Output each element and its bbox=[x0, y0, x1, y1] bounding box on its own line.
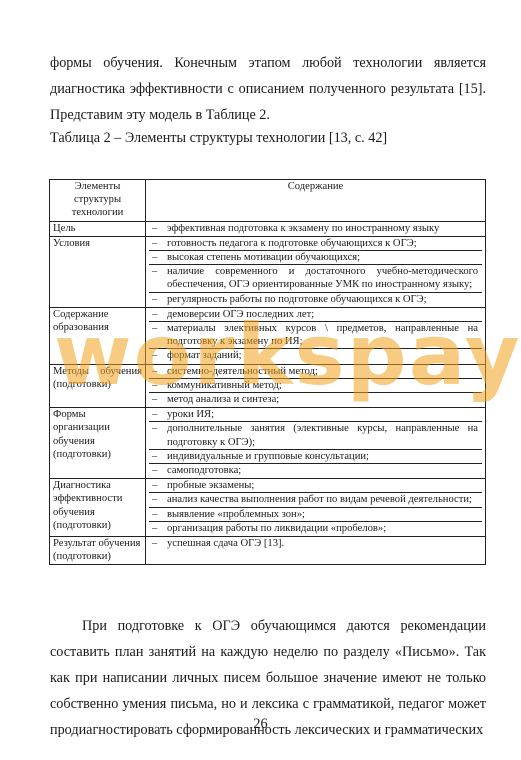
content-item-text: материалы элективных курсов \ предметов,… bbox=[167, 322, 482, 348]
structure-element-cell: Результат обучения (подготовки) bbox=[50, 537, 146, 565]
content-item-text: готовность педагога к подготовке обучающ… bbox=[167, 237, 482, 250]
dash-bullet-icon: – bbox=[149, 237, 167, 250]
header-elements: Элементы структуры технологии bbox=[50, 180, 146, 222]
table-row: Формы организации обучения (подготовки)–… bbox=[50, 408, 486, 479]
page-number: 26 bbox=[0, 716, 521, 733]
table-row: Цель–эффективная подготовка к экзамену п… bbox=[50, 221, 486, 236]
table-header-row: Элементы структуры технологии Содержание bbox=[50, 180, 486, 222]
content-item-text: пробные экзамены; bbox=[167, 479, 482, 492]
content-list-item: –формат заданий; bbox=[149, 348, 482, 362]
content-list-item: –наличие современного и достаточного уче… bbox=[149, 264, 482, 291]
dash-bullet-icon: – bbox=[149, 422, 167, 448]
dash-bullet-icon: – bbox=[149, 522, 167, 535]
content-cell: –успешная сдача ОГЭ [13]. bbox=[146, 537, 486, 565]
document-page: формы обучения. Конечным этапом любой те… bbox=[0, 0, 521, 760]
dash-bullet-icon: – bbox=[149, 293, 167, 306]
content-item-text: формат заданий; bbox=[167, 349, 482, 362]
content-item-text: выявление «проблемных зон»; bbox=[167, 508, 482, 521]
dash-bullet-icon: – bbox=[149, 251, 167, 264]
content-item-text: эффективная подготовка к экзамену по ино… bbox=[167, 222, 482, 235]
technology-structure-table: Элементы структуры технологии Содержание… bbox=[49, 179, 486, 565]
content-list-item: –выявление «проблемных зон»; bbox=[149, 507, 482, 521]
content-list-item: –регулярность работы по подготовке обуча… bbox=[149, 292, 482, 306]
structure-element-cell: Формы организации обучения (подготовки) bbox=[50, 408, 146, 479]
table-row: Диагностика эффективности обучения (подг… bbox=[50, 479, 486, 537]
content-item-text: самоподготовка; bbox=[167, 464, 482, 477]
content-item-text: наличие современного и достаточного учеб… bbox=[167, 265, 482, 291]
content-cell: –готовность педагога к подготовке обучаю… bbox=[146, 236, 486, 307]
table-row: Результат обучения (подготовки)–успешная… bbox=[50, 537, 486, 565]
content-item-text: коммуникативный метод; bbox=[167, 379, 482, 392]
content-list-item: –успешная сдача ОГЭ [13]. bbox=[149, 537, 482, 550]
dash-bullet-icon: – bbox=[149, 464, 167, 477]
content-item-text: системно-деятельностный метод; bbox=[167, 365, 482, 378]
dash-bullet-icon: – bbox=[149, 349, 167, 362]
dash-bullet-icon: – bbox=[149, 537, 167, 550]
content-item-text: метод анализа и синтеза; bbox=[167, 393, 482, 406]
dash-bullet-icon: – bbox=[149, 393, 167, 406]
content-list-item: –анализ качества выполнения работ по вид… bbox=[149, 492, 482, 506]
dash-bullet-icon: – bbox=[149, 479, 167, 492]
content-item-text: высокая степень мотивации обучающихся; bbox=[167, 251, 482, 264]
structure-element-cell: Условия bbox=[50, 236, 146, 307]
content-item-text: уроки ИЯ; bbox=[167, 408, 482, 421]
content-cell: –системно-деятельностный метод;–коммуник… bbox=[146, 364, 486, 408]
content-cell: –пробные экзамены;–анализ качества выпол… bbox=[146, 479, 486, 537]
header-content: Содержание bbox=[146, 180, 486, 222]
structure-element-cell: Содержание образования bbox=[50, 307, 146, 364]
content-list-item: –уроки ИЯ; bbox=[149, 408, 482, 421]
content-list-item: –коммуникативный метод; bbox=[149, 378, 482, 392]
content-list-item: –эффективная подготовка к экзамену по ин… bbox=[149, 222, 482, 235]
content-item-text: успешная сдача ОГЭ [13]. bbox=[167, 537, 482, 550]
content-cell: –уроки ИЯ;–дополнительные занятия (элект… bbox=[146, 408, 486, 479]
content-list-item: –высокая степень мотивации обучающихся; bbox=[149, 250, 482, 264]
content-item-text: анализ качества выполнения работ по вида… bbox=[167, 493, 482, 506]
structure-element-cell: Диагностика эффективности обучения (подг… bbox=[50, 479, 146, 537]
dash-bullet-icon: – bbox=[149, 322, 167, 348]
table-row: Методы обучения (подготовки)–системно-де… bbox=[50, 364, 486, 408]
content-list-item: –организация работы по ликвидации «пробе… bbox=[149, 521, 482, 535]
content-item-text: демоверсии ОГЭ последних лет; bbox=[167, 308, 482, 321]
table-row: Содержание образования–демоверсии ОГЭ по… bbox=[50, 307, 486, 364]
dash-bullet-icon: – bbox=[149, 308, 167, 321]
dash-bullet-icon: – bbox=[149, 265, 167, 291]
content-list-item: –самоподготовка; bbox=[149, 463, 482, 477]
content-list-item: –дополнительные занятия (элективные курс… bbox=[149, 421, 482, 448]
paragraph-intro: формы обучения. Конечным этапом любой те… bbox=[50, 50, 486, 128]
content-list-item: –готовность педагога к подготовке обучаю… bbox=[149, 237, 482, 250]
table-body: Цель–эффективная подготовка к экзамену п… bbox=[50, 221, 486, 565]
dash-bullet-icon: – bbox=[149, 493, 167, 506]
content-cell: –демоверсии ОГЭ последних лет;–материалы… bbox=[146, 307, 486, 364]
content-list-item: –материалы элективных курсов \ предметов… bbox=[149, 321, 482, 348]
content-list-item: –пробные экзамены; bbox=[149, 479, 482, 492]
content-item-text: регулярность работы по подготовке обучаю… bbox=[167, 293, 482, 306]
dash-bullet-icon: – bbox=[149, 450, 167, 463]
content-item-text: индивидуальные и групповые консультации; bbox=[167, 450, 482, 463]
content-list-item: –системно-деятельностный метод; bbox=[149, 365, 482, 378]
dash-bullet-icon: – bbox=[149, 365, 167, 378]
content-list-item: –метод анализа и синтеза; bbox=[149, 392, 482, 406]
structure-element-cell: Методы обучения (подготовки) bbox=[50, 364, 146, 408]
dash-bullet-icon: – bbox=[149, 379, 167, 392]
structure-element-cell: Цель bbox=[50, 221, 146, 236]
content-cell: –эффективная подготовка к экзамену по ин… bbox=[146, 221, 486, 236]
content-list-item: –демоверсии ОГЭ последних лет; bbox=[149, 308, 482, 321]
dash-bullet-icon: – bbox=[149, 408, 167, 421]
content-list-item: –индивидуальные и групповые консультации… bbox=[149, 449, 482, 463]
content-item-text: дополнительные занятия (элективные курсы… bbox=[167, 422, 482, 448]
dash-bullet-icon: – bbox=[149, 222, 167, 235]
content-item-text: организация работы по ликвидации «пробел… bbox=[167, 522, 482, 535]
dash-bullet-icon: – bbox=[149, 508, 167, 521]
table-row: Условия–готовность педагога к подготовке… bbox=[50, 236, 486, 307]
table-caption: Таблица 2 – Элементы структуры технологи… bbox=[50, 128, 387, 148]
